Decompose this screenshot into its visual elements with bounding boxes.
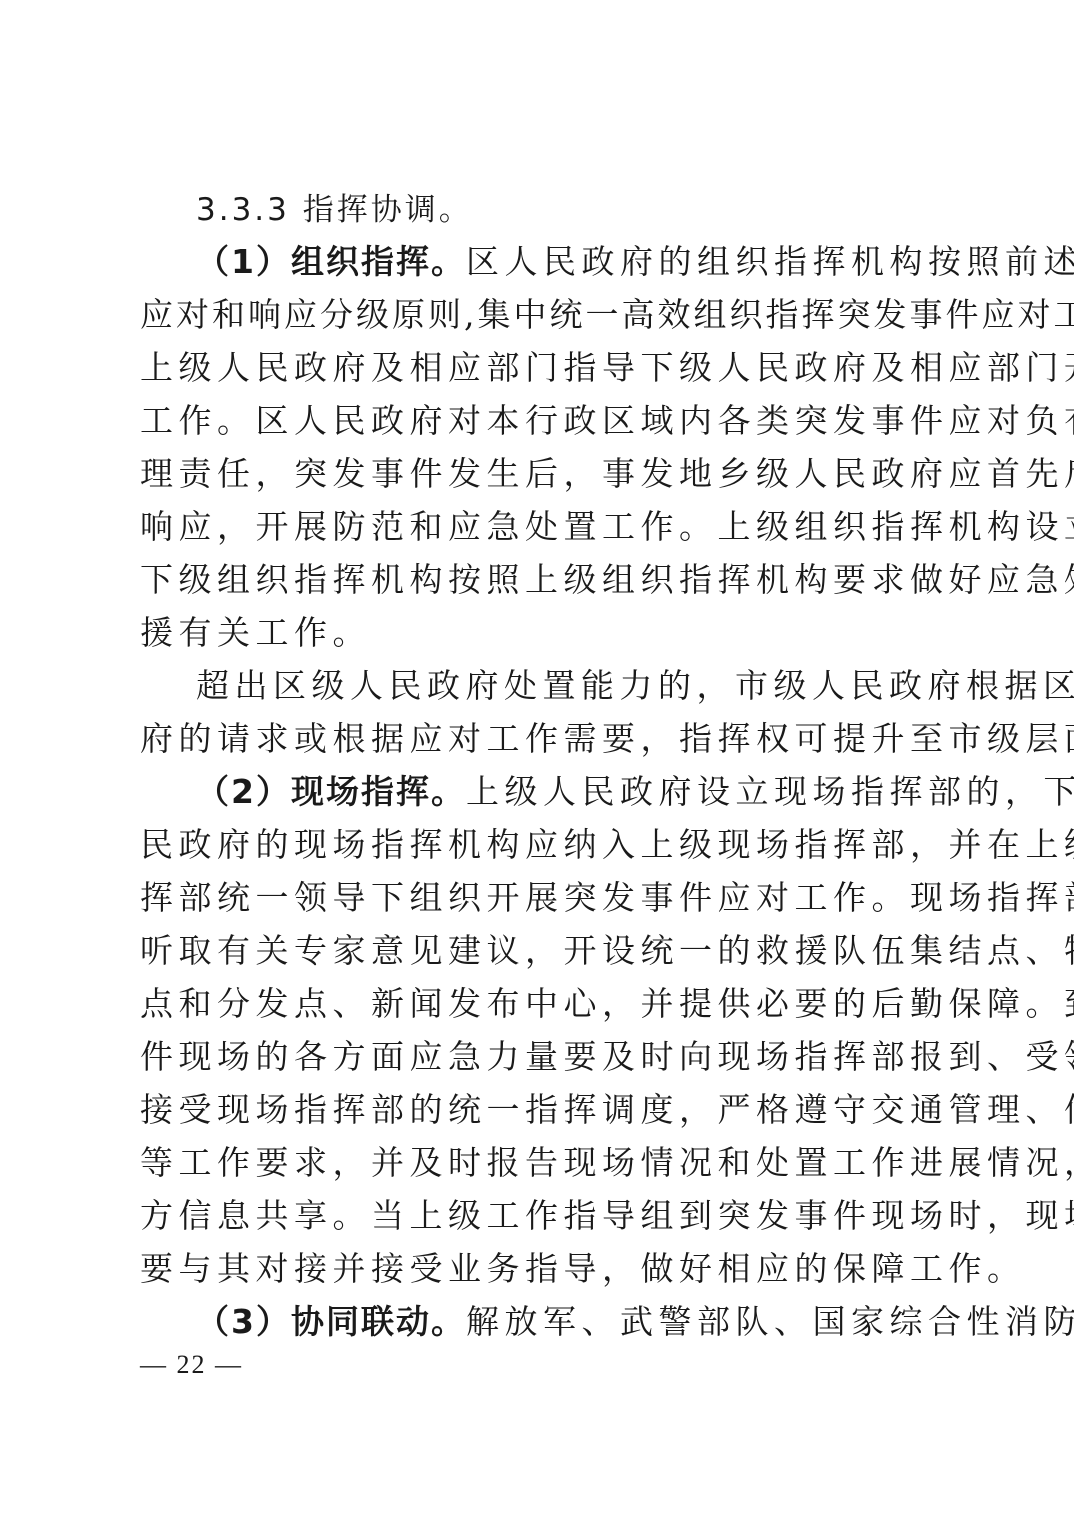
- paragraph-3-line-10: 要与其对接并接受业务指导，做好相应的保障工作。: [140, 1249, 940, 1289]
- paragraph-3-line-1: （2）现场指挥。上级人民政府设立现场指挥部的，下级人: [196, 772, 940, 812]
- paragraph-1-line-5: 理责任，突发事件发生后，事发地乡级人民政府应首先启动应急: [140, 454, 940, 494]
- paragraph-3-line-2: 民政府的现场指挥机构应纳入上级现场指挥部，并在上级现场指: [140, 825, 940, 865]
- paragraph-1-line-7: 下级组织指挥机构按照上级组织指挥机构要求做好应急处置与救: [140, 560, 940, 600]
- paragraph-text: 解放军、武警部队、国家综合性消防救援: [466, 1302, 1074, 1341]
- paragraph-4-lead: （3）协同联动。: [196, 1302, 466, 1341]
- paragraph-3-line-3: 挥部统一领导下组织开展突发事件应对工作。现场指挥部要充分: [140, 878, 940, 918]
- paragraph-3-lead: （2）现场指挥。: [196, 772, 466, 811]
- paragraph-text: 区人民政府的组织指挥机构按照前述分级: [466, 242, 1074, 281]
- paragraph-2-line-2: 府的请求或根据应对工作需要，指挥权可提升至市级层面。: [140, 719, 940, 759]
- section-heading: 3.3.3 指挥协调。: [196, 190, 940, 230]
- paragraph-3-line-4: 听取有关专家意见建议，开设统一的救援队伍集结点、物资接收: [140, 931, 940, 971]
- paragraph-2-line-1: 超出区级人民政府处置能力的，市级人民政府根据区人民政: [196, 666, 940, 706]
- paragraph-4-line-1: （3）协同联动。解放军、武警部队、国家综合性消防救援: [196, 1302, 940, 1342]
- paragraph-1-line-4: 工作。区人民政府对本行政区域内各类突发事件应对负有属地管: [140, 401, 940, 441]
- paragraph-3-line-8: 等工作要求，并及时报告现场情况和处置工作进展情况，实现各: [140, 1143, 940, 1183]
- paragraph-1-line-3: 上级人民政府及相应部门指导下级人民政府及相应部门开展应对: [140, 348, 940, 388]
- paragraph-text: 上级人民政府设立现场指挥部的，下级人: [466, 772, 1074, 811]
- paragraph-1-line-8: 援有关工作。: [140, 613, 940, 653]
- paragraph-1-line-1: （1）组织指挥。区人民政府的组织指挥机构按照前述分级: [196, 242, 940, 282]
- paragraph-3-line-5: 点和分发点、新闻发布中心，并提供必要的后勤保障。到突发事: [140, 984, 940, 1024]
- paragraph-3-line-6: 件现场的各方面应急力量要及时向现场指挥部报到、受领任务，: [140, 1037, 940, 1077]
- paragraph-1-lead: （1）组织指挥。: [196, 242, 466, 281]
- paragraph-3-line-7: 接受现场指挥部的统一指挥调度，严格遵守交通管理、信息发布: [140, 1090, 940, 1130]
- document-page: 3.3.3 指挥协调。 （1）组织指挥。区人民政府的组织指挥机构按照前述分级 应…: [0, 0, 1074, 1520]
- paragraph-3-line-9: 方信息共享。当上级工作指导组到突发事件现场时，现场指挥部: [140, 1196, 940, 1236]
- paragraph-1-line-6: 响应，开展防范和应急处置工作。上级组织指挥机构设立运行后，: [140, 507, 940, 547]
- page-number: — 22 —: [140, 1347, 243, 1383]
- paragraph-1-line-2: 应对和响应分级原则,集中统一高效组织指挥突发事件应对工作。: [140, 295, 940, 335]
